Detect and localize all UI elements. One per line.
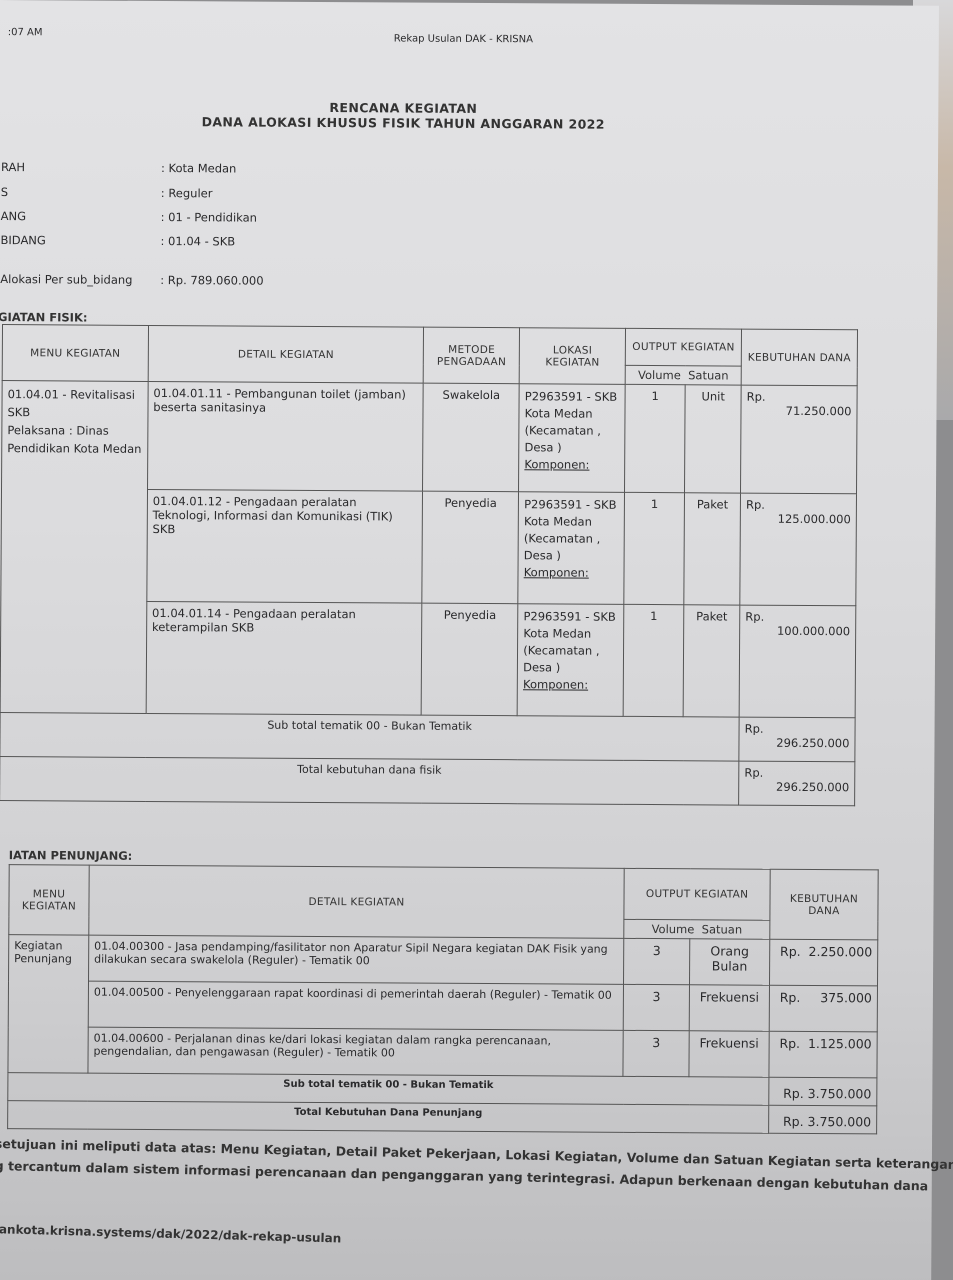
volume-cell: 1 — [625, 384, 686, 492]
detail-cell: 01.04.01.14 - Pengadaan peralatan ketera… — [146, 601, 422, 715]
subtotal-row: Sub total tematik 00 - Bukan Tematik Rp.… — [0, 713, 855, 762]
subtotal-value: Rp. 3.750.000 — [769, 1077, 877, 1106]
col-dana: KEBUTUHAN DANA — [770, 869, 878, 940]
section-title-penunjang: IATAN PENUNJANG: — [9, 848, 133, 863]
meta-jenis: S: Reguler — [1, 185, 213, 200]
table-row: 01.04.01 - Revitalisasi SKB Pelaksana : … — [2, 381, 858, 494]
dana-cell: Rp.125.000.000 — [740, 493, 857, 606]
col-metode: METODE PENGADAAN — [423, 327, 519, 384]
volume-cell: 3 — [623, 1030, 689, 1076]
document-title: RENCANA KEGIATAN DANA ALOKASI KHUSUS FIS… — [163, 99, 643, 132]
col-lokasi: LOKASI KEGIATAN — [519, 328, 625, 385]
col-dana: KEBUTUHAN DANA — [741, 329, 857, 386]
lokasi-cell: P2963591 - SKB Kota Medan (Kecamatan , D… — [517, 604, 624, 717]
col-output: OUTPUT KEGIATAN — [625, 328, 741, 366]
total-row: Total kebutuhan dana fisik Rp.296.250.00… — [0, 757, 855, 806]
table-row: Kegiatan Penunjang 01.04.00300 - Jasa pe… — [9, 935, 878, 986]
col-output: OUTPUT KEGIATAN — [624, 868, 770, 920]
satuan-cell: Unit — [685, 385, 742, 493]
komponen-link[interactable]: Komponen: — [524, 565, 589, 579]
table-row: 01.04.00600 - Perjalanan dinas ke/dari l… — [8, 1027, 877, 1078]
dana-cell: Rp.71.250.000 — [741, 385, 858, 494]
print-page-title: Rekap Usulan DAK - KRISNA — [394, 33, 533, 45]
detail-cell: 01.04.01.11 - Pembangunan toilet (jamban… — [147, 381, 423, 491]
dana-cell: Rp. 375.000 — [769, 985, 877, 1032]
dana-cell: Rp. 1.125.000 — [769, 1031, 877, 1078]
satuan-cell: Frekuensi — [689, 985, 769, 1031]
meta-bidang: ANG: 01 - Pendidikan — [1, 209, 257, 225]
total-value: Rp.296.250.000 — [739, 761, 855, 806]
menu-kegiatan-cell: 01.04.01 - Revitalisasi SKB Pelaksana : … — [0, 381, 148, 714]
col-menu: MENU KEGIATAN — [2, 325, 148, 382]
table-kegiatan-penunjang: MENU KEGIATAN DETAIL KEGIATAN OUTPUT KEG… — [7, 864, 879, 1134]
meta-alokasi: Alokasi Per sub_bidang: Rp. 789.060.000 — [0, 272, 263, 288]
detail-cell: 01.04.00500 - Penyelenggaraan rapat koor… — [88, 981, 623, 1030]
satuan-cell: Frekuensi — [689, 1031, 769, 1077]
table-row: 01.04.00500 - Penyelenggaraan rapat koor… — [8, 981, 877, 1032]
total-value: Rp. 3.750.000 — [769, 1105, 877, 1134]
volume-cell: 3 — [623, 984, 689, 1030]
meta-daerah: RAH: Kota Medan — [1, 160, 236, 175]
detail-cell: 01.04.00300 - Jasa pendamping/fasilitato… — [88, 935, 623, 984]
total-label: Total Kebutuhan Dana Penunjang — [8, 1101, 769, 1134]
lokasi-cell: P2963591 - SKB Kota Medan (Kecamatan , D… — [519, 384, 626, 493]
printed-document: :07 AM Rekap Usulan DAK - KRISNA RENCANA… — [0, 0, 939, 1280]
dana-cell: Rp. 2.250.000 — [769, 939, 877, 986]
metode-cell: Swakelola — [423, 383, 520, 492]
col-volume-satuan: Volume Satuan — [624, 919, 770, 939]
total-row: Total Kebutuhan Dana Penunjang Rp. 3.750… — [8, 1101, 877, 1134]
satuan-cell: Paket — [683, 605, 740, 717]
lokasi-cell: P2963591 - SKB Kota Medan (Kecamatan , D… — [518, 492, 625, 605]
satuan-cell: Orang Bulan — [690, 939, 770, 985]
meta-sub-bidang: BIDANG: 01.04 - SKB — [0, 233, 235, 248]
satuan-cell: Paket — [684, 493, 741, 605]
title-line-2: DANA ALOKASI KHUSUS FISIK TAHUN ANGGARAN… — [163, 114, 643, 132]
total-label: Total kebutuhan dana fisik — [0, 757, 739, 806]
komponen-link[interactable]: Komponen: — [523, 677, 588, 691]
section-title-fisik: GIATAN FISIK: — [0, 310, 88, 325]
col-menu: MENU KEGIATAN — [9, 865, 89, 935]
col-detail: DETAIL KEGIATAN — [148, 325, 424, 383]
volume-cell: 3 — [624, 938, 690, 984]
print-url: dankota.krisna.systems/dak/2022/dak-reka… — [0, 1222, 341, 1245]
komponen-link[interactable]: Komponen: — [524, 457, 589, 471]
subtotal-value: Rp.296.250.000 — [739, 717, 855, 762]
metode-cell: Penyedia — [421, 603, 518, 716]
metode-cell: Penyedia — [422, 491, 519, 604]
volume-cell: 1 — [623, 604, 684, 716]
menu-kegiatan-cell: Kegiatan Penunjang — [8, 935, 89, 1073]
volume-cell: 1 — [624, 492, 685, 604]
col-volume-satuan: Volume Satuan — [625, 365, 741, 385]
detail-cell: 01.04.01.12 - Pengadaan peralatan Teknol… — [147, 489, 423, 603]
detail-cell: 01.04.00600 - Perjalanan dinas ke/dari l… — [88, 1027, 623, 1076]
print-time: :07 AM — [8, 27, 43, 38]
dana-cell: Rp.100.000.000 — [739, 605, 856, 718]
col-detail: DETAIL KEGIATAN — [89, 865, 625, 938]
table-kegiatan-fisik: MENU KEGIATAN DETAIL KEGIATAN METODE PEN… — [0, 324, 858, 806]
subtotal-label: Sub total tematik 00 - Bukan Tematik — [0, 713, 739, 762]
